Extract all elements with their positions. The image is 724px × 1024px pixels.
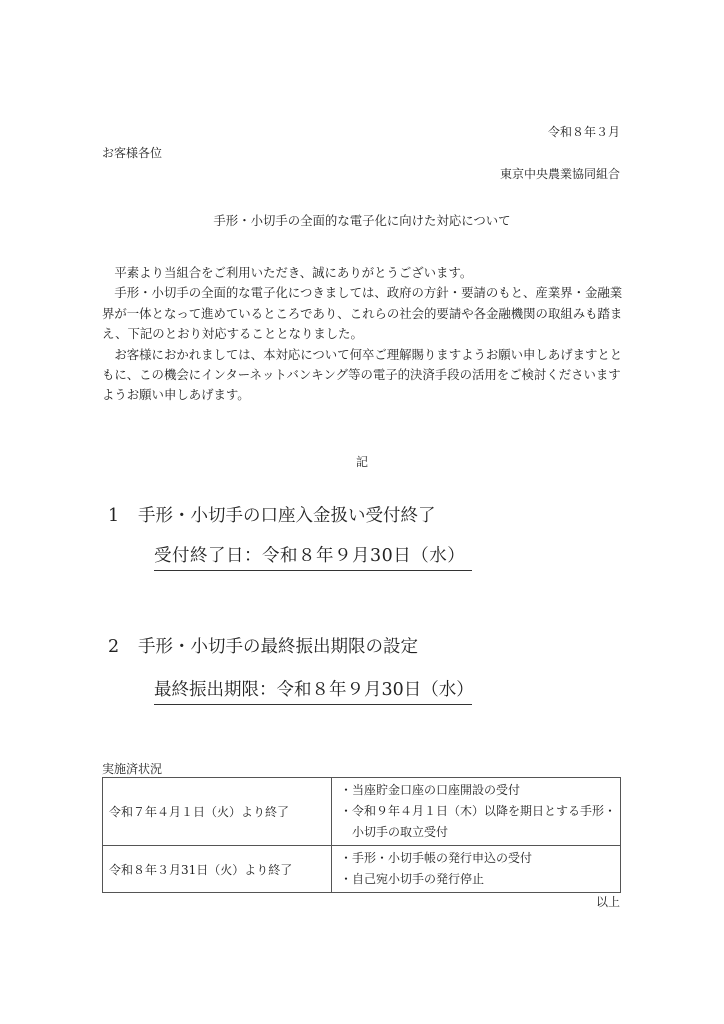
addressee: お客様各位 [102,145,162,161]
status-item-continuation: 小切手の取立受付 [340,822,616,843]
paragraph-request: お客様におかれましては、本対応について何卒ご理解賜りますようお願い申しあげますと… [102,345,624,406]
status-items: ・手形・小切手帳の発行申込の受付 ・自己宛小切手の発行停止 [331,846,620,893]
organization-name: 東京中央農業協同組合 [500,166,620,182]
section-number: 1 [108,505,138,527]
body-text: 平素より当組合をご利用いただき、誠にありがとうございます。 手形・小切手の全面的… [102,263,624,406]
paragraph-background: 手形・小切手の全面的な電子化につきましては、政府の方針・要請のもと、産業界・金融… [102,283,624,344]
status-item: ・自己宛小切手の発行停止 [340,869,616,890]
status-item: ・手形・小切手帳の発行申込の受付 [340,848,616,869]
status-items: ・当座貯金口座の口座開設の受付 ・令和９年４月１日（木）以降を期日とする手形・ … [331,778,620,846]
status-when: 令和７年４月１日（火）より終了 [103,778,332,846]
status-when: 令和８年３月31日（火）より終了 [103,846,332,893]
section-2-heading: 2手形・小切手の最終振出期限の設定 [108,636,418,658]
section-title: 手形・小切手の口座入金扱い受付終了 [138,506,436,526]
status-item: ・当座貯金口座の口座開設の受付 [340,780,616,801]
status-table: 令和７年４月１日（火）より終了 ・当座貯金口座の口座開設の受付 ・令和９年４月１… [102,777,621,893]
ki-marker: 記 [0,453,724,470]
section-number: 2 [108,636,138,658]
table-row: 令和７年４月１日（火）より終了 ・当座貯金口座の口座開設の受付 ・令和９年４月１… [103,778,621,846]
issue-date: 令和８年３月 [548,124,620,140]
status-item: ・令和９年４月１日（木）以降を期日とする手形・ [340,801,616,822]
section-1-heading: 1手形・小切手の口座入金扱い受付終了 [108,505,436,527]
table-row: 令和８年３月31日（火）より終了 ・手形・小切手帳の発行申込の受付 ・自己宛小切… [103,846,621,893]
status-label: 実施済状況 [102,760,162,777]
section-1-deadline: 受付終了日：令和８年９月30日（水） [154,545,472,571]
section-title: 手形・小切手の最終振出期限の設定 [138,637,418,657]
section-2-deadline: 最終振出期限：令和８年９月30日（水） [154,679,472,705]
paragraph-greeting: 平素より当組合をご利用いただき、誠にありがとうございます。 [102,263,624,283]
closing-mark: 以上 [596,893,620,910]
document-title: 手形・小切手の全面的な電子化に向けた対応について [0,211,724,229]
